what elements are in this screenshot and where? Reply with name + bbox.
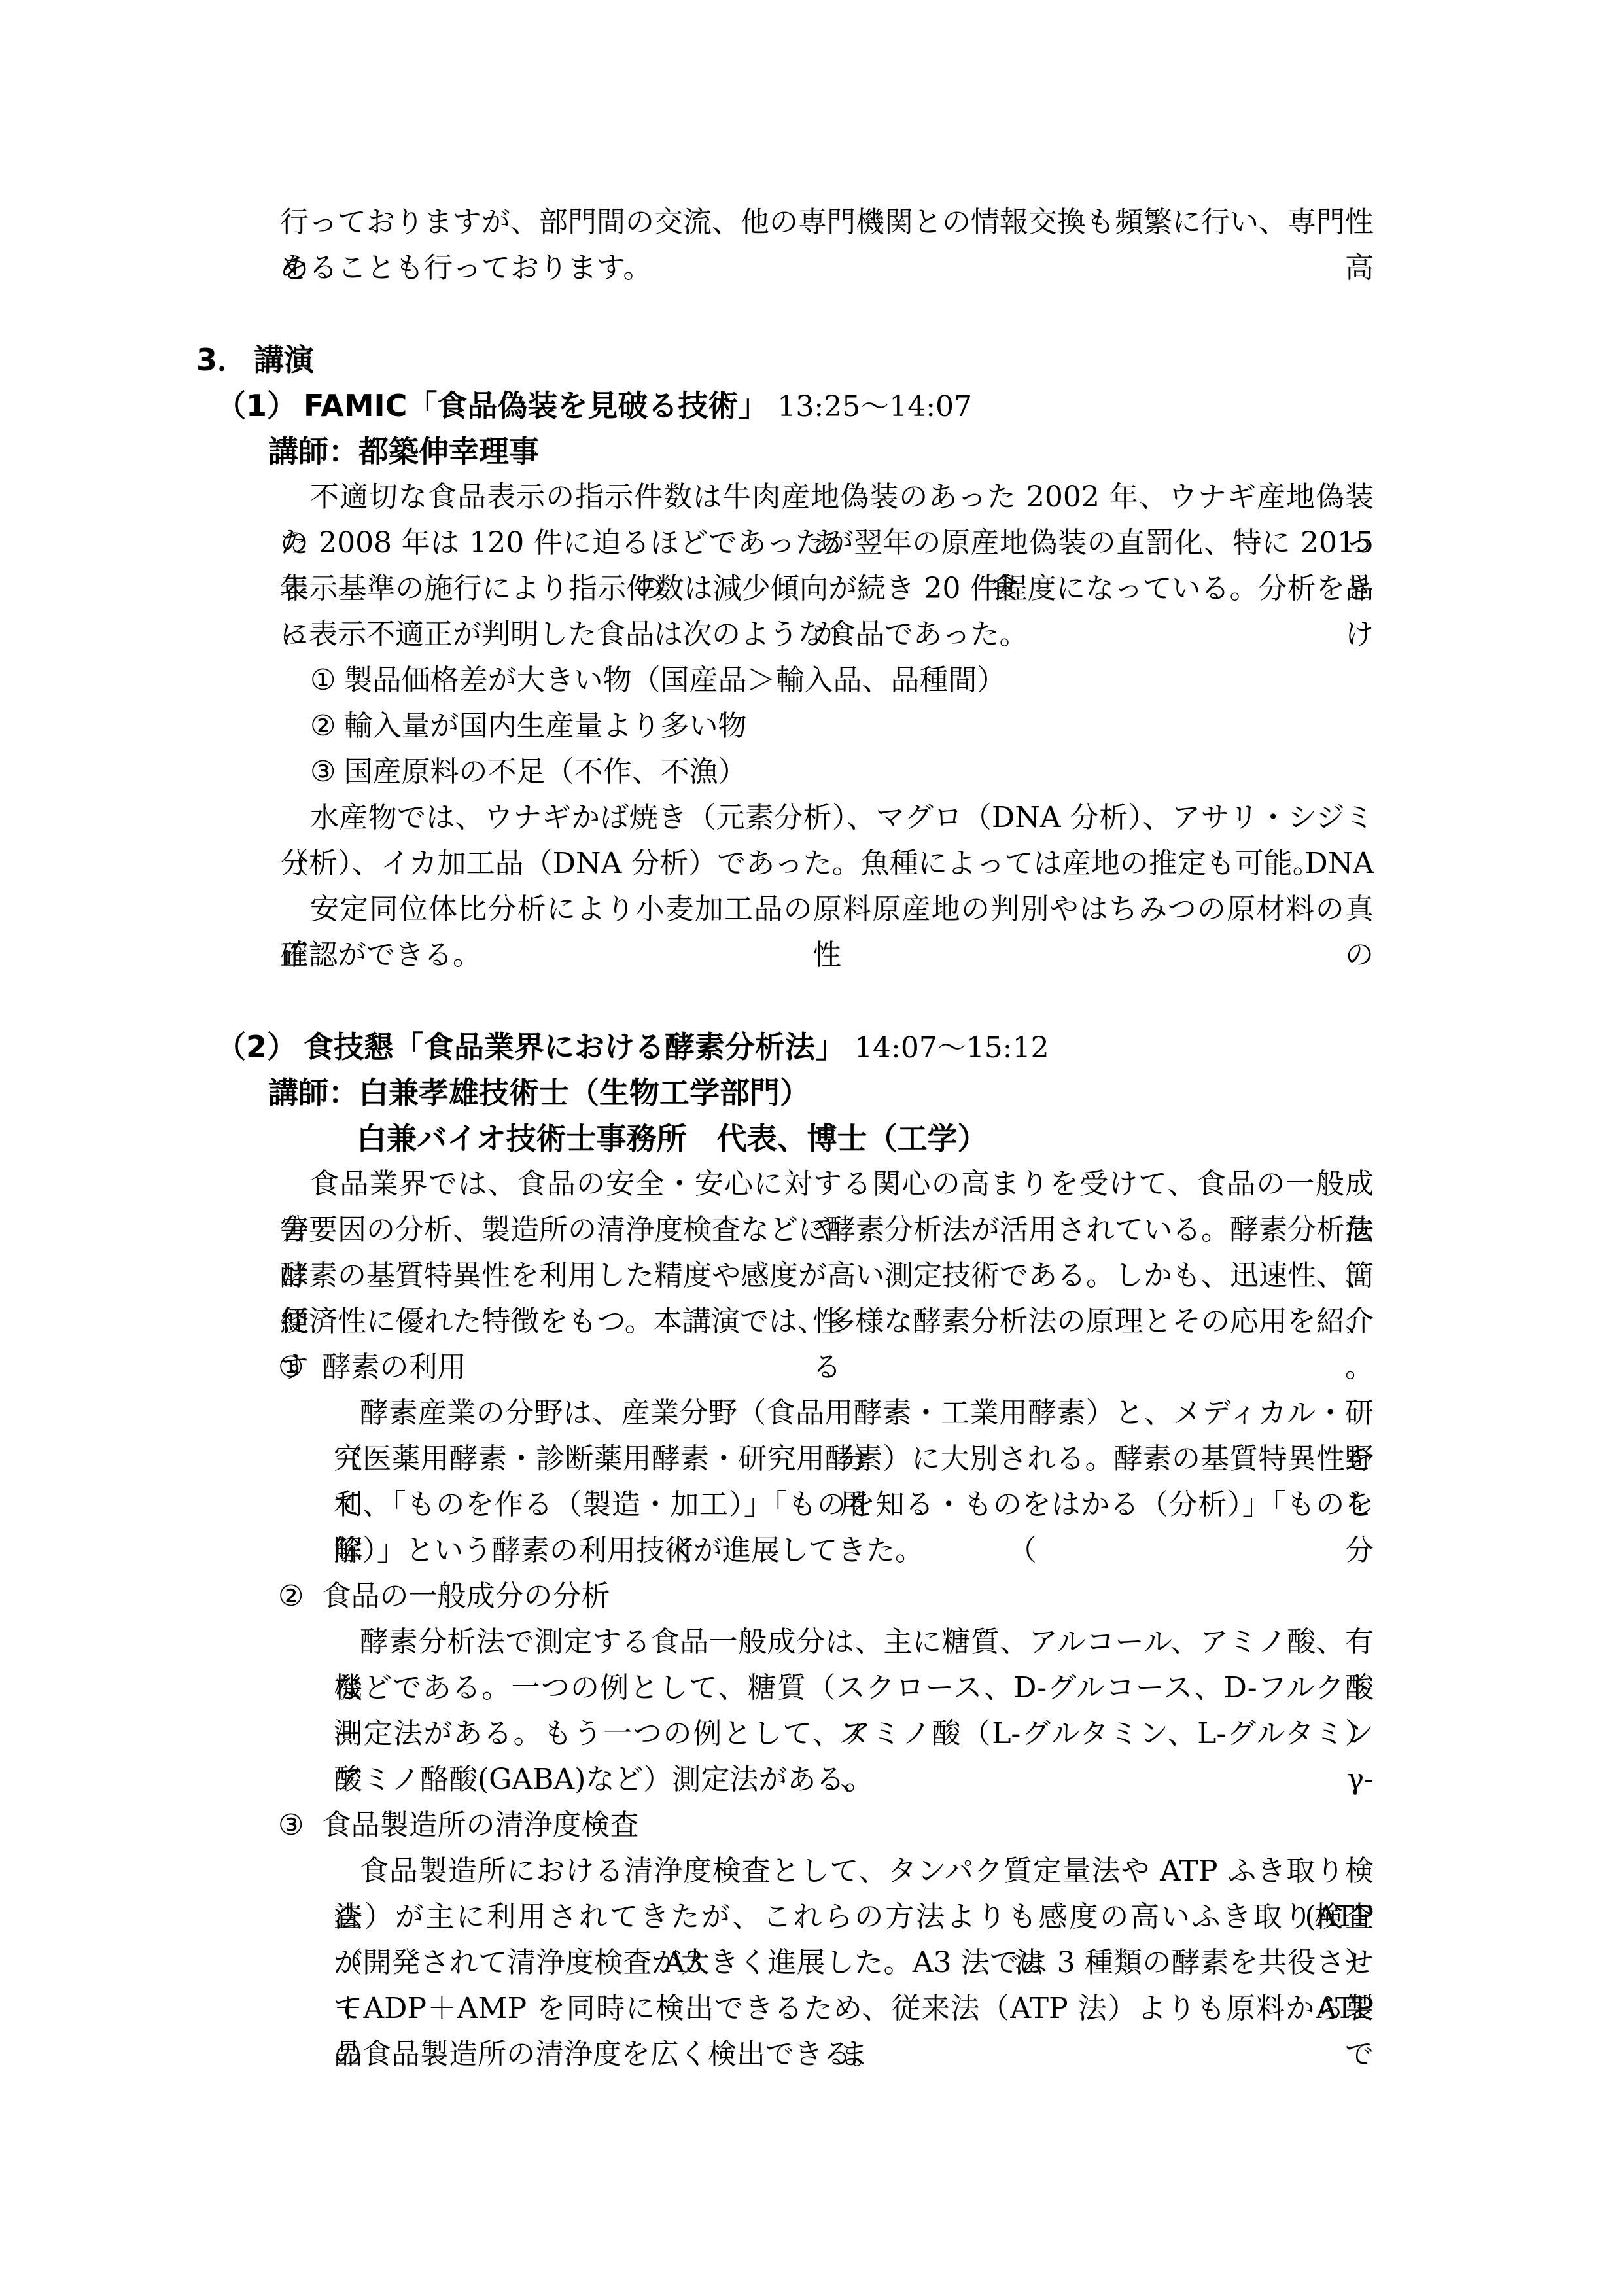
paragraph-line: 経済性に優れた特徴をもつ。本講演では、多様な酵素分析法の原理とその応用を紹介する… (280, 1299, 1374, 1345)
section-heading: 3．講演 (196, 337, 1623, 383)
paragraph-line: 行っておりますが、部門間の交流、他の専門機関との情報交換も頻繁に行い、専門性を高 (280, 200, 1374, 245)
paragraph-line: 酵素の基質特異性を利用した精度や感度が高い測定技術である。しかも、迅速性、簡便性… (280, 1253, 1374, 1299)
lecture-2-lecturer-affiliation: 白兼バイオ技術士事務所 代表、博士（工学） (357, 1116, 1623, 1161)
item-text: 輸入量が国内生産量より多い物 (343, 709, 746, 743)
item-number: ① (278, 1351, 304, 1384)
paragraph-line: 安定同位体比分析により小麦加工品の原料原産地の判別やはちみつの原材料の真正性の (280, 887, 1374, 932)
spacer (0, 291, 1623, 337)
item-number: ③ (310, 755, 336, 788)
lecture-1-lecturer: 講師：都築伸幸理事 (268, 429, 1623, 474)
item-title: 酵素の利用 (322, 1351, 466, 1384)
lecture-1-title: FAMIC「食品偽装を見破る技術」 (304, 388, 768, 423)
item-number: ② (310, 709, 336, 743)
paragraph-line: 表示基準の施行により指示件数は減少傾向が続き 20 件程度になっている。分析をき… (280, 566, 1374, 612)
lecture-2-label: （2） (216, 1029, 297, 1065)
lecture-2-lecturer: 講師：白兼孝雄技術士（生物工学部門） (268, 1070, 1623, 1116)
lecture-2-time: 14:07～15:12 (854, 1031, 1049, 1065)
paragraph-line: 水産物では、ウナギかば焼き（元素分析）、マグロ（DNA 分析）、アサリ・シジミ（… (280, 795, 1374, 841)
paragraph-line: 分析）、イカ加工品（DNA 分析）であった。魚種によっては産地の推定も可能。 (280, 841, 1374, 887)
item-number: ① (310, 663, 336, 697)
paragraph-line: 酵素産業の分野は、産業分野（食品用酵素・工業用酵素）と、メディカル・研究分野 (334, 1390, 1374, 1436)
paragraph-line: が開発されて清浄度検査が大きく進展した。A3 法では 3 種類の酵素を共役させて… (334, 1940, 1374, 1986)
paragraph-line: ＋ADP＋AMP を同時に検出できるため、従来法（ATP 法）よりも原料から製品… (334, 1986, 1374, 2032)
list-item: ③国産原料の不足（不作、不漁） (310, 749, 1623, 795)
section-number: 3． (196, 342, 247, 378)
paragraph-line: 害要因の分析、製造所の清浄度検査などに酵素分析法が活用されている。酵素分析法は、 (280, 1207, 1374, 1253)
item-text: 国産原料の不足（不作、不漁） (343, 755, 746, 788)
paragraph-line: て、「ものを作る（製造・加工）」「ものを知る・ものをはかる（分析）」「ものを除く… (334, 1482, 1374, 1528)
item-title: 食品の一般成分の分析 (322, 1580, 610, 1613)
section-title: 講演 (254, 342, 314, 378)
lecture-1-time: 13:25～14:07 (777, 390, 972, 423)
list-item-heading: ②食品の一般成分の分析 (278, 1574, 1623, 1619)
item-text: 製品価格差が大きい物（国産品＞輸入品、品種間） (343, 663, 1005, 697)
paragraph-line: 不適切な食品表示の指示件数は牛肉産地偽装のあった 2002 年、ウナギ産地偽装の… (280, 474, 1374, 520)
paragraph-line: 食品業界では、食品の安全・安心に対する関心の高まりを受けて、食品の一般成分や危 (280, 1161, 1374, 1207)
item-number: ③ (278, 1809, 304, 1842)
lecture-2-heading: （2）食技懇「食品業界における酵素分析法」14:07～15:12 (216, 1024, 1623, 1070)
paragraph-line: 酵素分析法で測定する食品一般成分は、主に糖質、アルコール、アミノ酸、有機酸 (334, 1619, 1374, 1665)
document-page: 行っておりますが、部門間の交流、他の専門機関との情報交換も頻繁に行い、専門性を高… (0, 0, 1623, 2296)
lecture-2-title: 食技懇「食品業界における酵素分析法」 (304, 1029, 845, 1065)
list-item: ②輸入量が国内生産量より多い物 (310, 703, 1623, 749)
paragraph-line: 測定法がある。もう一つの例として、アミノ酸（L-グルタミン、L-グルタミン酸、γ… (334, 1711, 1374, 1757)
paragraph-line: 法）が主に利用されてきたが、これらの方法よりも感度の高いふき取り検査（A3 法） (334, 1894, 1374, 1940)
list-item-heading: ③食品製造所の清浄度検査 (278, 1803, 1623, 1848)
lecture-1-heading: （1）FAMIC「食品偽装を見破る技術」13:25～14:07 (216, 383, 1623, 429)
paragraph-line: などである。一つの例として、糖質（スクロース、D-グルコース、D-フルクトース） (334, 1665, 1374, 1711)
item-title: 食品製造所の清浄度検査 (322, 1809, 638, 1842)
item-number: ② (278, 1580, 304, 1613)
paragraph-line: （医薬用酵素・診断薬用酵素・研究用酵素）に大別される。酵素の基質特異性を利用し (334, 1436, 1374, 1482)
list-item: ①製品価格差が大きい物（国産品＞輸入品、品種間） (310, 658, 1623, 703)
spacer (0, 978, 1623, 1024)
lecture-1-label: （1） (216, 388, 297, 423)
paragraph-line: 食品製造所における清浄度検査として、タンパク質定量法や ATP ふき取り検査(A… (334, 1848, 1374, 1894)
paragraph-line: た 2008 年は 120 件に迫るほどであったが翌年の原産地偽装の直罰化、特に… (280, 520, 1374, 566)
